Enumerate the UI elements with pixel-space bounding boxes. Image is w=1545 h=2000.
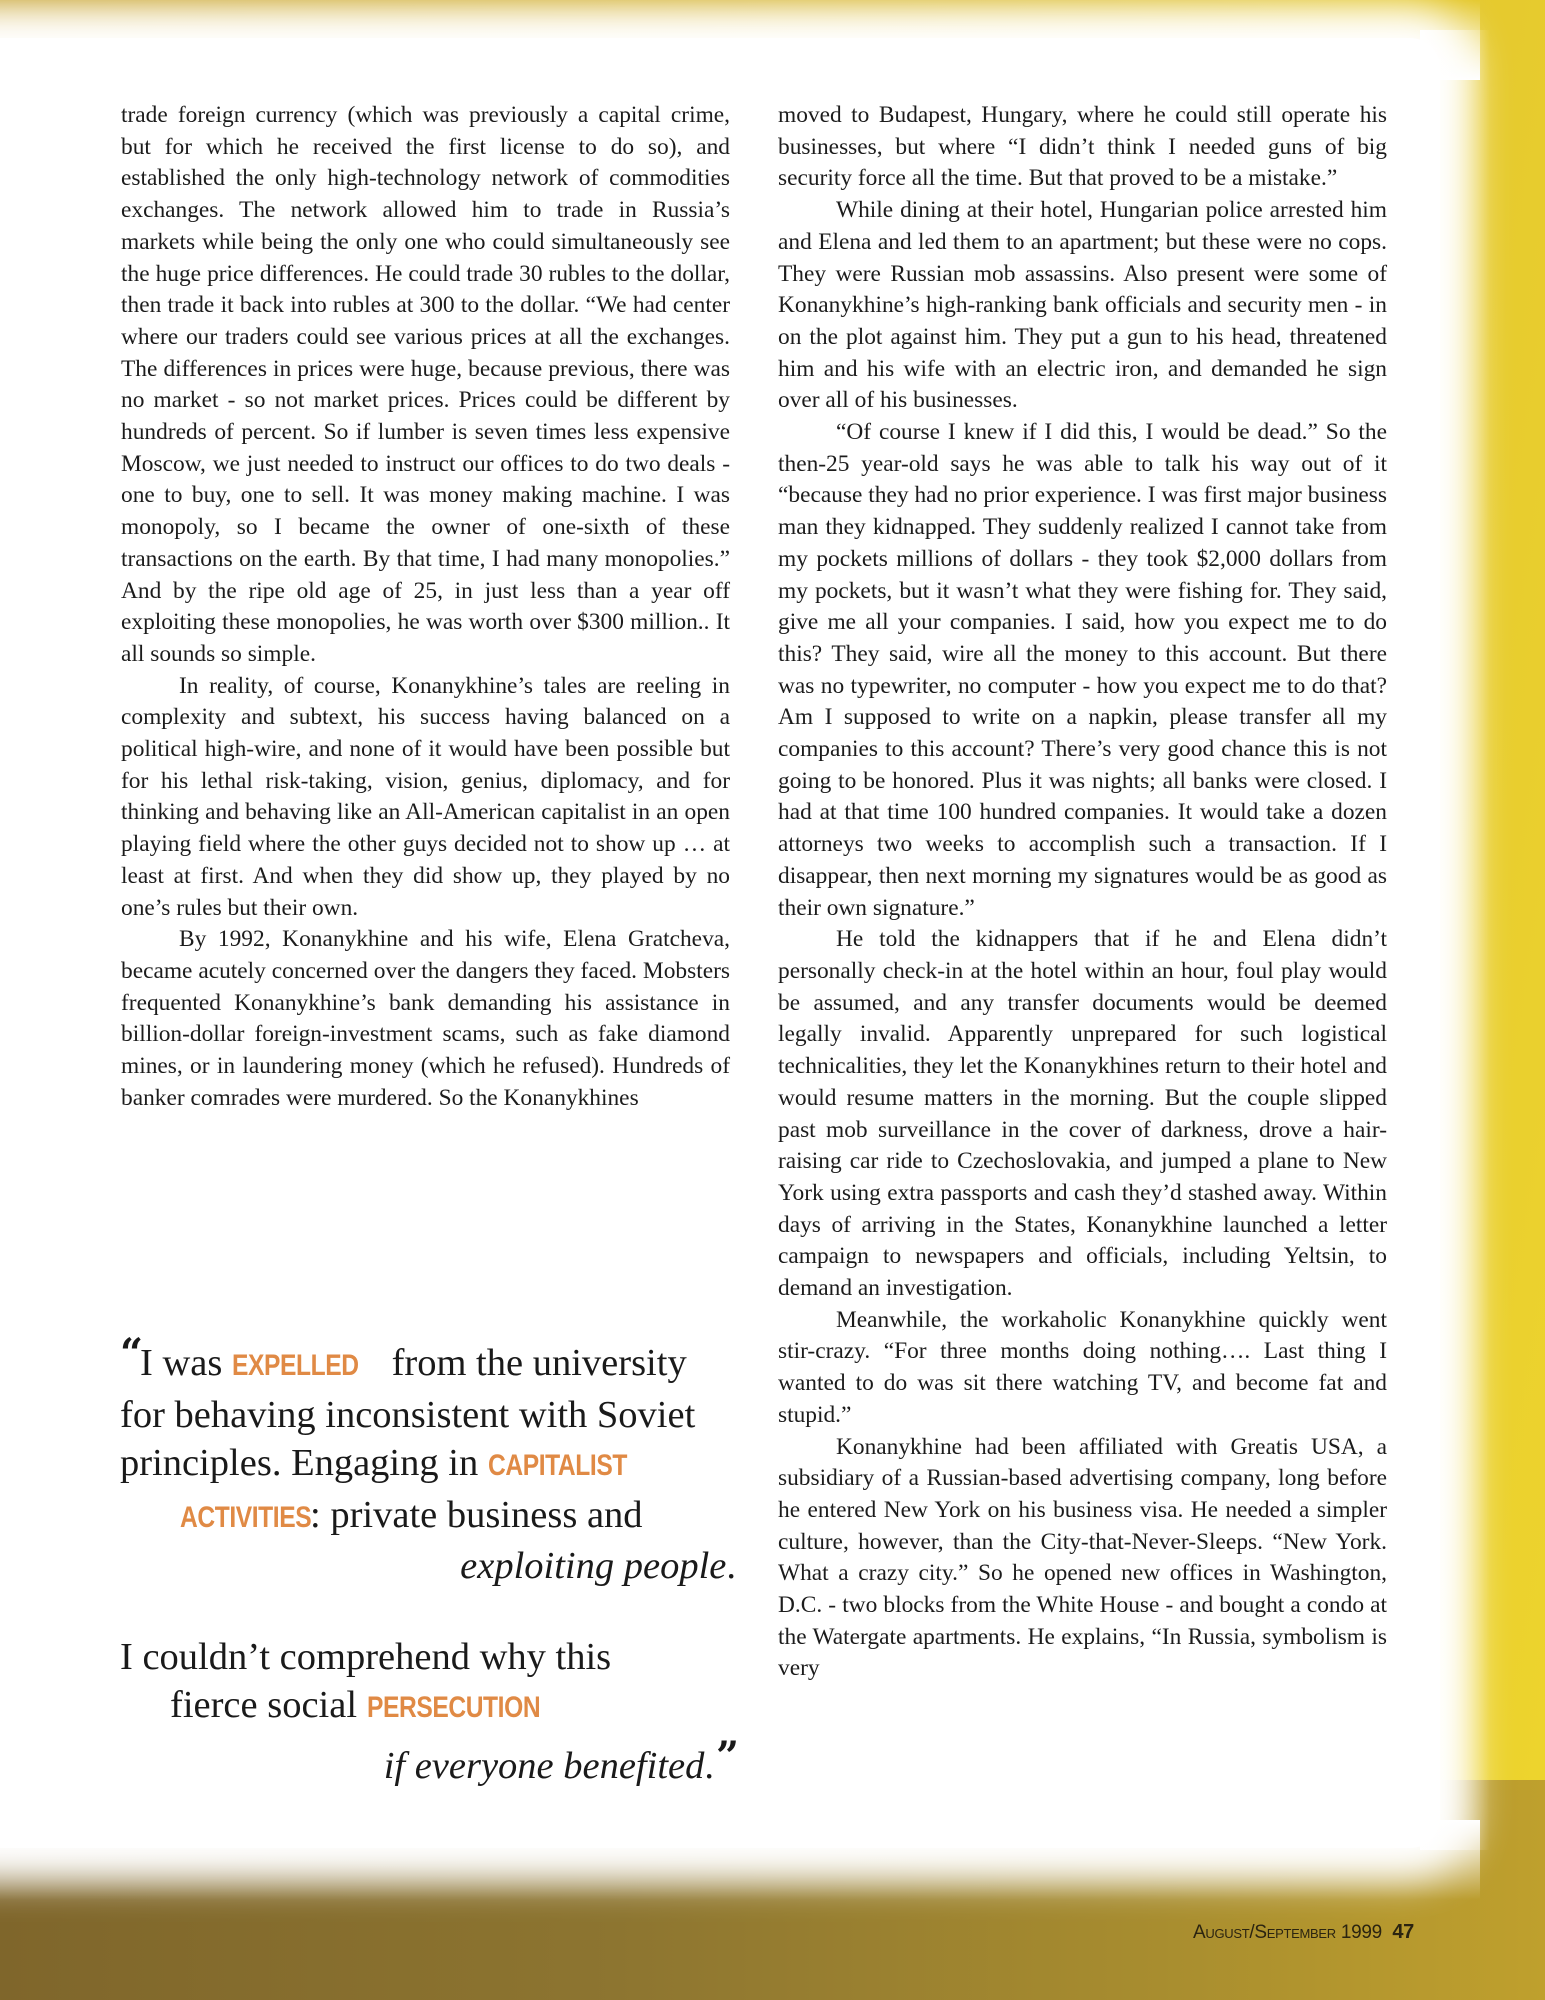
- pull-quote-emphasis: CAPITALIST: [488, 1442, 627, 1491]
- page-fade-right: [1420, 30, 1490, 1850]
- pull-quote-line: exploiting people.: [120, 1542, 740, 1591]
- pull-quote-text: fierce social: [170, 1684, 367, 1726]
- article-paragraph: trade foreign currency (which was previo…: [121, 100, 730, 671]
- pull-quote-line: I couldn’t comprehend why this: [120, 1633, 740, 1682]
- open-quote-icon: “: [120, 1330, 140, 1377]
- article-paragraph: Konanykhine had been affiliated with Gre…: [778, 1432, 1387, 1686]
- article-paragraph: While dining at their hotel, Hungarian p…: [778, 195, 1387, 417]
- article-paragraph: “Of course I knew if I did this, I would…: [778, 417, 1387, 924]
- pull-quote-line: “I was EXPELLED from the university: [120, 1330, 740, 1391]
- pull-quote: “I was EXPELLED from the university for …: [120, 1330, 740, 1790]
- pull-quote-text: from the university: [382, 1342, 687, 1384]
- pull-quote-line: principles. Engaging in CAPITALIST: [120, 1439, 740, 1491]
- page-footer: August/September 1999 47: [1193, 1921, 1414, 1944]
- pull-quote-line: if everyone benefited.”: [120, 1733, 740, 1791]
- pull-quote-text: principles. Engaging in: [120, 1442, 488, 1484]
- article-column-left: trade foreign currency (which was previo…: [121, 100, 730, 1115]
- article-paragraph: He told the kidnappers that if he and El…: [778, 924, 1387, 1304]
- article-paragraph: moved to Budapest, Hungary, where he cou…: [778, 100, 1387, 195]
- pull-quote-gap: [120, 1591, 740, 1633]
- page-number: 47: [1392, 1921, 1414, 1943]
- pull-quote-text: .: [704, 1745, 714, 1787]
- pull-quote-emphasis: PERSECUTION: [367, 1684, 540, 1733]
- page-fade-top: [0, 0, 1480, 80]
- pull-quote-italic: if everyone benefited: [384, 1745, 705, 1787]
- pull-quote-emphasis: EXPELLED: [232, 1342, 359, 1391]
- issue-date: August/September 1999: [1193, 1922, 1382, 1943]
- page-fade-bottom: [0, 1820, 1480, 1900]
- article-paragraph: Meanwhile, the workaholic Konanykhine qu…: [778, 1305, 1387, 1432]
- pull-quote-text: .: [726, 1545, 736, 1587]
- close-quote-icon: ”: [716, 1733, 736, 1780]
- article-paragraph: By 1992, Konanykhine and his wife, Elena…: [121, 924, 730, 1114]
- pull-quote-line: for behaving inconsistent with Soviet: [120, 1391, 740, 1440]
- pull-quote-line: ACTIVITIES: private business and: [120, 1491, 740, 1543]
- article-paragraph: In reality, of course, Konanykhine’s tal…: [121, 671, 730, 925]
- pull-quote-emphasis: ACTIVITIES: [180, 1494, 311, 1543]
- article-column-right: moved to Budapest, Hungary, where he cou…: [778, 100, 1387, 1685]
- pull-quote-line: fierce social PERSECUTION: [120, 1681, 740, 1733]
- pull-quote-text: : private business and: [310, 1494, 643, 1536]
- pull-quote-italic: exploiting people: [460, 1545, 726, 1587]
- pull-quote-text: I was: [140, 1342, 232, 1384]
